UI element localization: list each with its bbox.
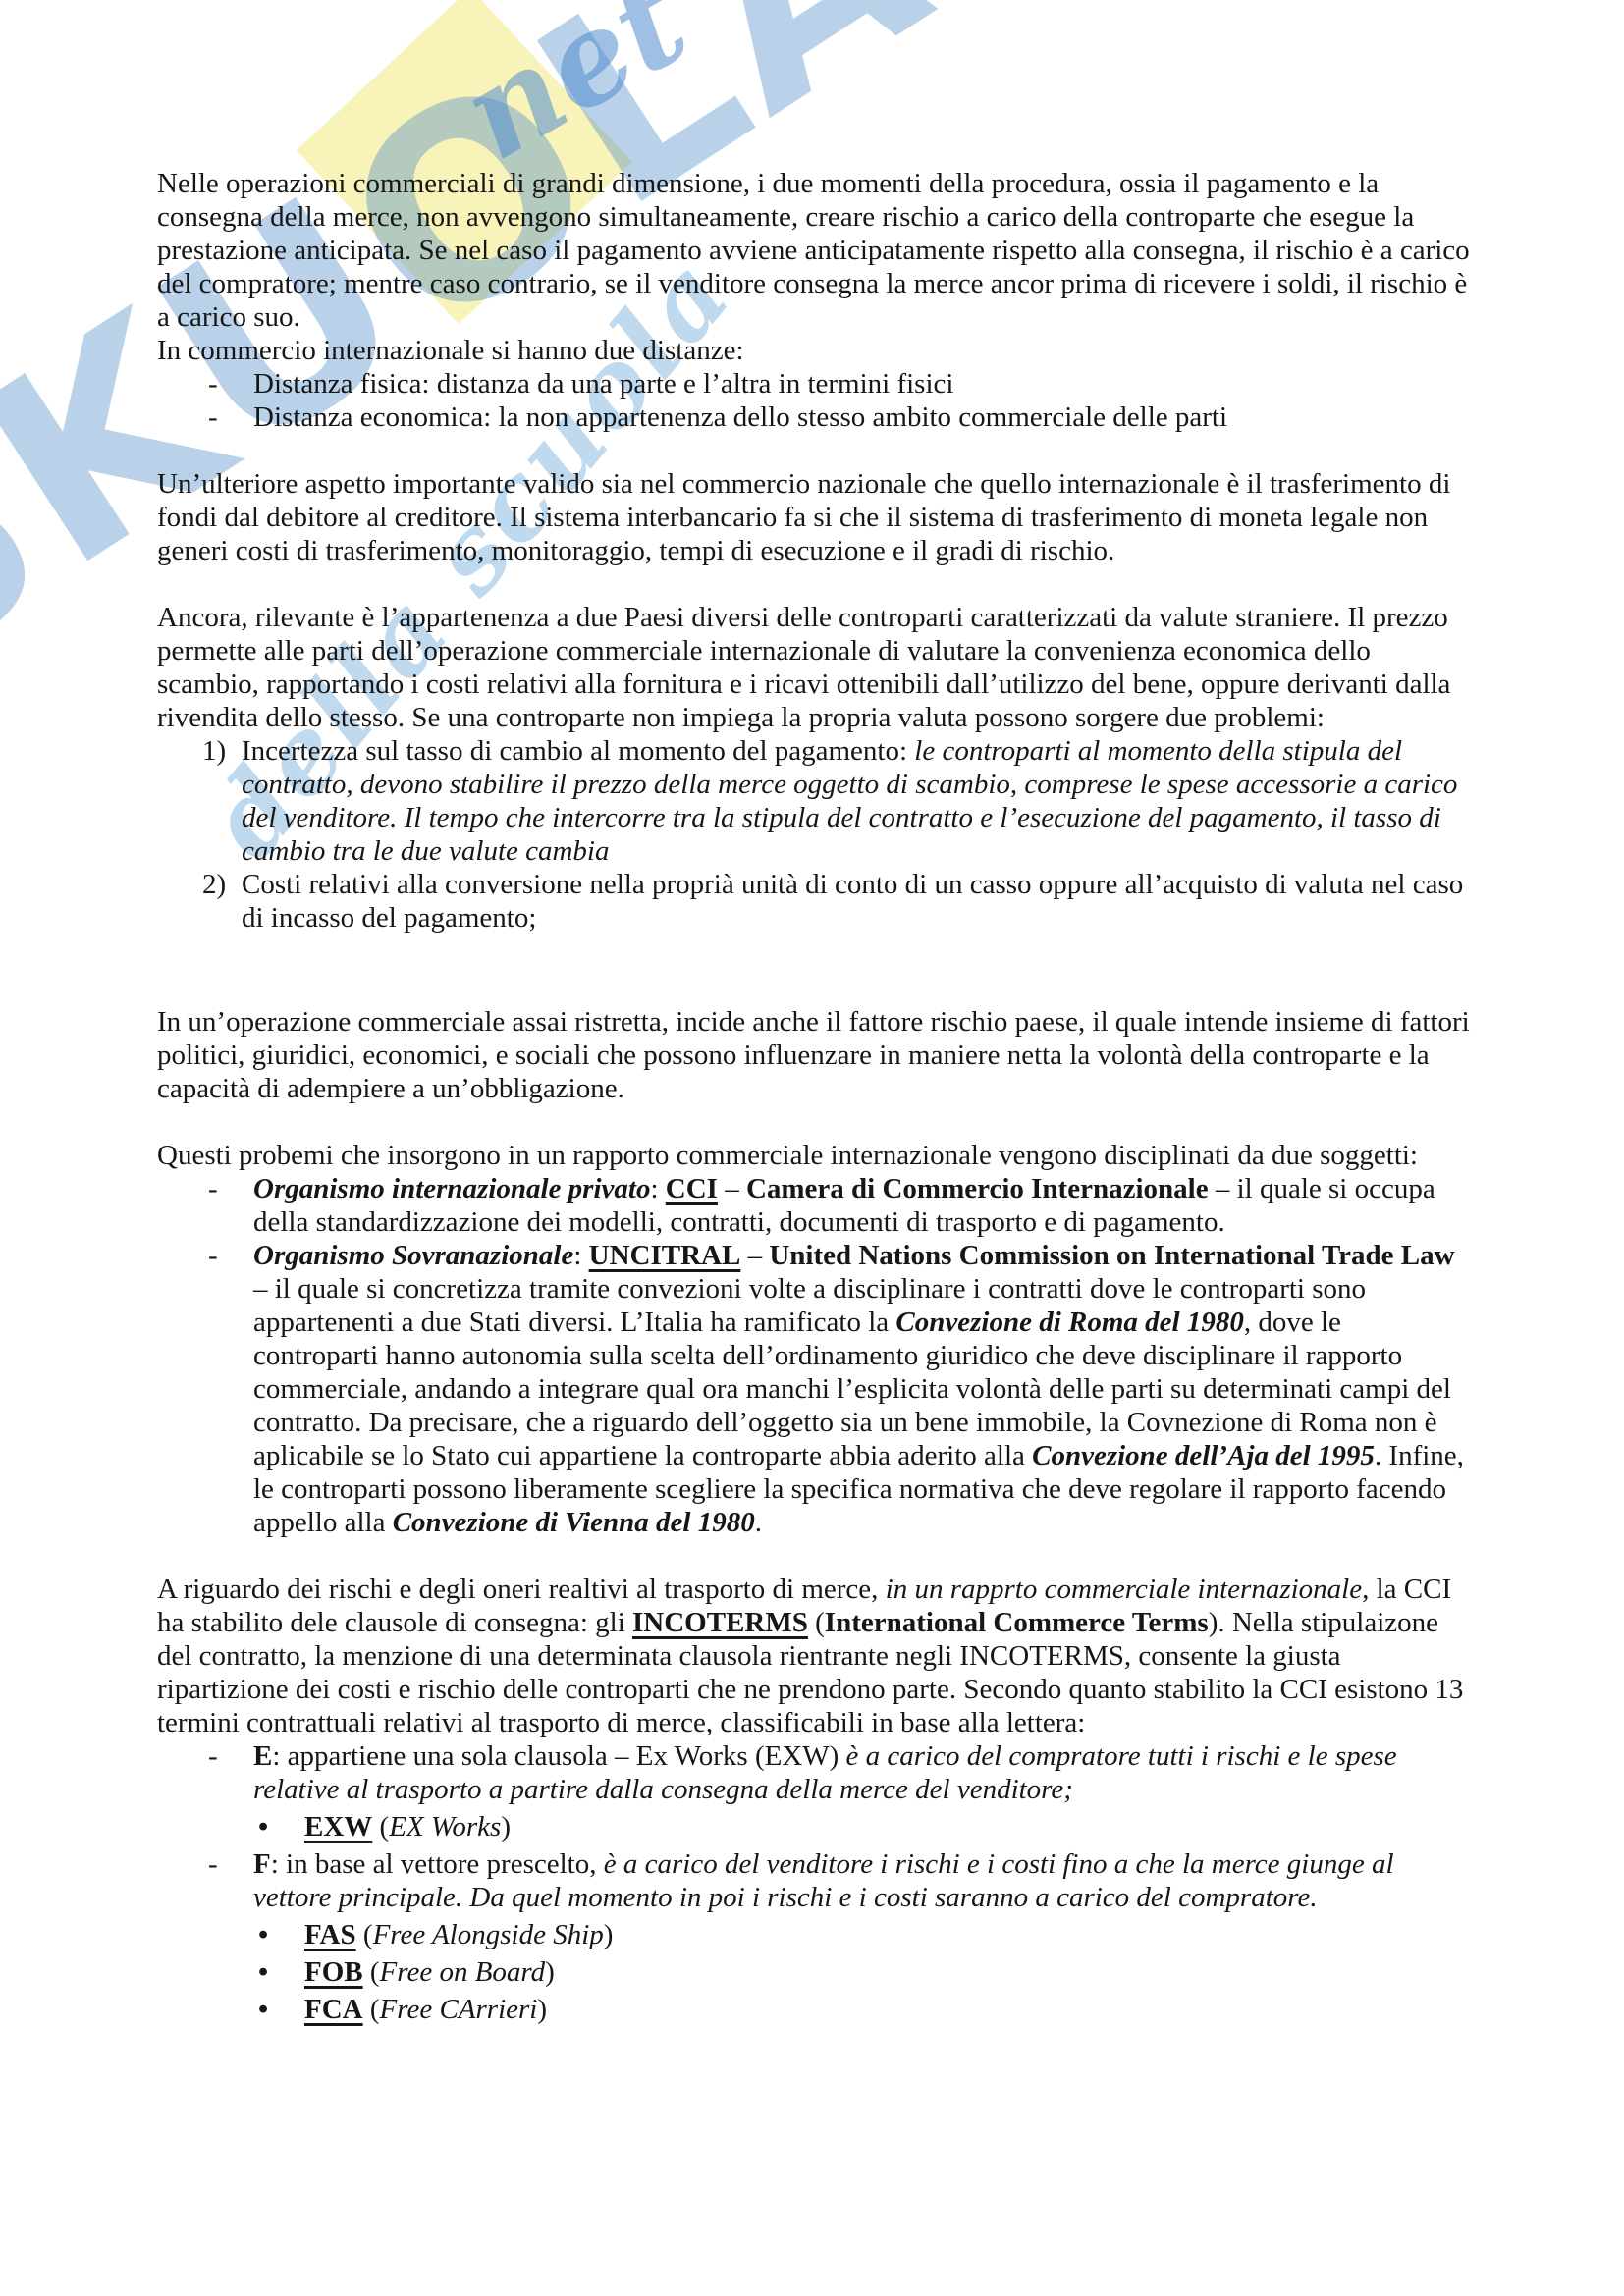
text-run: Incertezza sul tasso di cambio al moment… [242, 735, 914, 767]
text-run-underlined: INCOTERMS [632, 1607, 808, 1638]
document-page: SKUOLA net della scuola Nelle operazioni… [0, 0, 1624, 2296]
list-item-text: Organismo Sovranazionale: UNCITRAL – Uni… [253, 1239, 1473, 1539]
text-run-bold: E [253, 1740, 272, 1772]
text-run: . [755, 1507, 762, 1538]
text-run-bold-italic: Convezione di Vienna del 1980 [393, 1507, 755, 1538]
text-run-underlined: FOB [304, 1956, 363, 1988]
text-run-bold-italic: Convezione dell’Aja del 1995 [1032, 1440, 1375, 1471]
list-item-text: Distanza economica: la non appartenenza … [253, 400, 1473, 434]
text-run-italic: EX Works [389, 1811, 501, 1842]
list-item-fob: • FOB (Free on Board) [157, 1955, 1473, 1989]
list-item-distanza-fisica: - Distanza fisica: distanza da una parte… [157, 367, 1473, 400]
paragraph-valute-straniere: Ancora, rilevante è l’appartenenza a due… [157, 601, 1473, 734]
dash-marker: - [157, 367, 253, 400]
text-run-italic: Free on Board [380, 1956, 546, 1988]
list-item-text: FCA (Free CArrieri) [304, 1993, 1473, 2026]
list-item-text: Distanza fisica: distanza da una parte e… [253, 367, 1473, 400]
text-run: : in base al vettore prescelto, [271, 1848, 604, 1880]
watermark-net-script: net [466, 0, 681, 139]
text-run: ( [372, 1811, 389, 1842]
bullet-icon: • [157, 1918, 304, 1951]
paragraph-trasferimento-fondi: Un’ulteriore aspetto importante valido s… [157, 467, 1473, 567]
text-run: ( [356, 1919, 373, 1950]
bullet-icon: • [157, 1955, 304, 1989]
paragraph-incoterms: A riguardo dei rischi e degli oneri real… [157, 1573, 1473, 1739]
dash-marker: - [157, 1739, 253, 1773]
list-item-text: Incertezza sul tasso di cambio al moment… [242, 734, 1473, 868]
list-item-fca: • FCA (Free CArrieri) [157, 1993, 1473, 2026]
text-run-underlined: UNCITRAL [589, 1240, 741, 1271]
text-run: ) [501, 1811, 511, 1842]
list-item-cci: - Organismo internazionale privato: CCI … [157, 1172, 1473, 1239]
text-run: : [650, 1173, 665, 1204]
text-run: : [573, 1240, 588, 1271]
paragraph-pagamento-consegna: Nelle operazioni commerciali di grandi d… [157, 167, 1473, 334]
dash-marker: - [157, 400, 253, 434]
text-run-italic: in un rapprto commerciale internazionale [886, 1574, 1362, 1605]
text-run-bold: F [253, 1848, 271, 1880]
text-run: ( [808, 1607, 825, 1638]
text-run: – [718, 1173, 746, 1204]
text-run: ) [545, 1956, 555, 1988]
list-item-distanza-economica: - Distanza economica: la non appartenenz… [157, 400, 1473, 434]
text-run-underlined: FCA [304, 1994, 363, 2025]
list-item-fas: • FAS (Free Alongside Ship) [157, 1918, 1473, 1951]
paragraph-soggetti-intro: Questi probemi che insorgono in un rappo… [157, 1139, 1473, 1172]
text-run-italic: Free CArrieri [380, 1994, 538, 2025]
list-item-text: EXW (EX Works) [304, 1810, 1473, 1843]
list-item-problema-1: 1) Incertezza sul tasso di cambio al mom… [157, 734, 1473, 868]
number-marker: 2) [157, 868, 242, 901]
dash-marker: - [157, 1172, 253, 1205]
text-run-bold: United Nations Commission on Internation… [769, 1240, 1454, 1271]
text-run: ( [363, 1956, 380, 1988]
list-item-uncitral: - Organismo Sovranazionale: UNCITRAL – U… [157, 1239, 1473, 1539]
text-run: A riguardo dei rischi e degli oneri real… [157, 1574, 886, 1605]
text-run: ( [363, 1994, 380, 2025]
bullet-icon: • [157, 1993, 304, 2026]
text-run: ) [537, 1994, 547, 2025]
list-item-text: F: in base al vettore prescelto, è a car… [253, 1847, 1473, 1914]
dash-marker: - [157, 1239, 253, 1272]
list-item-exw: • EXW (EX Works) [157, 1810, 1473, 1843]
list-item-clausola-e: - E: appartiene una sola clausola – Ex W… [157, 1739, 1473, 1806]
text-run-bold: Camera di Commercio Internazionale [746, 1173, 1209, 1204]
text-run: : appartiene una sola clausola – Ex Work… [272, 1740, 845, 1772]
list-item-clausola-f: - F: in base al vettore prescelto, è a c… [157, 1847, 1473, 1914]
dash-marker: - [157, 1847, 253, 1881]
text-run-bold-italic: Organismo Sovranazionale [253, 1240, 573, 1271]
text-run: ) [604, 1919, 614, 1950]
text-run-underlined: CCI [666, 1173, 718, 1204]
paragraph-distanze-intro: In commercio internazionale si hanno due… [157, 334, 1473, 367]
bullet-icon: • [157, 1810, 304, 1843]
list-item-text: E: appartiene una sola clausola – Ex Wor… [253, 1739, 1473, 1806]
list-item-text: Organismo internazionale privato: CCI – … [253, 1172, 1473, 1239]
paragraph-rischio-paese: In un’operazione commerciale assai ristr… [157, 1005, 1473, 1105]
text-run-bold: International Commerce Terms [825, 1607, 1209, 1638]
text-run-underlined: EXW [304, 1811, 372, 1842]
list-item-problema-2: 2) Costi relativi alla conversione nella… [157, 868, 1473, 934]
text-run-bold-italic: Organismo internazionale privato [253, 1173, 650, 1204]
list-item-text: Costi relativi alla conversione nella pr… [242, 868, 1473, 934]
number-marker: 1) [157, 734, 242, 768]
text-run: – [740, 1240, 769, 1271]
document-body: Nelle operazioni commerciali di grandi d… [157, 167, 1473, 2030]
text-run-bold-italic: Convezione di Roma del 1980 [895, 1307, 1243, 1338]
list-item-text: FOB (Free on Board) [304, 1955, 1473, 1989]
text-run-underlined: FAS [304, 1919, 356, 1950]
text-run-italic: Free Alongside Ship [373, 1919, 604, 1950]
list-item-text: FAS (Free Alongside Ship) [304, 1918, 1473, 1951]
